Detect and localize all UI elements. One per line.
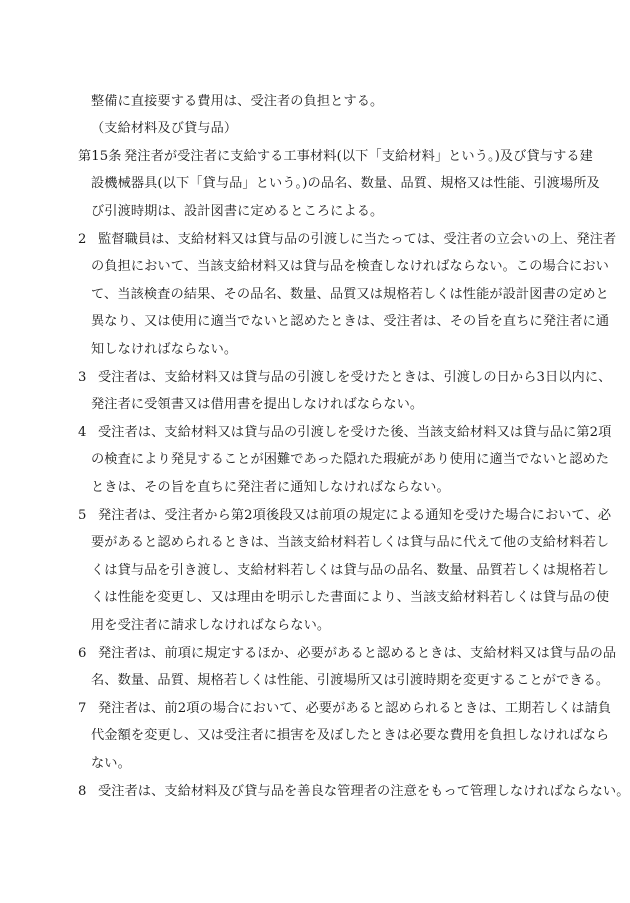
- paragraph-3: 3受注者は、支給材料又は貸与品の引渡しを受けたときは、引渡しの日から3日以内に、: [78, 370, 611, 386]
- text-line: 名、数量、品質、規格若しくは性能、引渡場所又は引渡時期を変更することができる。: [91, 673, 609, 689]
- text-line: 発注者に受領書又は借用書を提出しなければならない。: [91, 397, 423, 413]
- section-heading: （支給材料及び貸与品）: [91, 121, 237, 137]
- text-line: 異なり、又は使用に適当でないと認めたときは、受注者は、その旨を直ちに発注者に通: [91, 314, 609, 330]
- text-line: て、当該検査の結果、その品名、数量、品質又は規格若しくは性能が設計図書の定めと: [91, 287, 609, 303]
- paragraph-number: 4: [78, 425, 98, 441]
- article-15: 第15条発注者が受注者に支給する工事材料(以下「支給材料」という。)及び貸与する…: [78, 149, 593, 165]
- paragraph-8: 8受注者は、支給材料及び貸与品を善良な管理者の注意をもって管理しなければならない…: [78, 784, 630, 800]
- paragraph-4: 4受注者は、支給材料又は貸与品の引渡しを受けた後、当該支給材料又は貸与品に第2項: [78, 425, 611, 441]
- text-line: の検査により発見することが困難であった隠れた瑕疵があり使用に適当でないと認めた: [91, 452, 609, 468]
- paragraph-number: 8: [78, 784, 98, 800]
- paragraph-number: 2: [78, 232, 98, 248]
- text-line: 整備に直接要する費用は、受注者の負担とする。: [91, 94, 383, 110]
- paragraph-number: 5: [78, 508, 98, 524]
- paragraph-number: 7: [78, 701, 98, 717]
- paragraph-5: 5発注者は、受注者から第2項後段又は前項の規定による通知を受けた場合において、必: [78, 508, 611, 524]
- text-line: び引渡時期は、設計図書に定めるところによる。: [91, 204, 383, 220]
- paragraph-2: 2監督職員は、支給材料又は貸与品の引渡しに当たっては、受注者の立会いの上、発注者: [78, 232, 616, 248]
- text-line: 知しなければならない。: [91, 342, 237, 358]
- paragraph-7: 7発注者は、前2項の場合において、必要があると認められるときは、工期若しくは請負: [78, 701, 611, 717]
- text-line: 設機械器具(以下「貸与品」という。)の品名、数量、品質、規格又は性能、引渡場所及: [91, 176, 600, 192]
- text-line: 用を受注者に請求しなければならない。: [91, 618, 330, 634]
- text-line: くは性能を変更し、又は理由を明示した書面により、当該支給材料若しくは貸与品の使: [91, 590, 609, 606]
- paragraph-6: 6発注者は、前項に規定するほか、必要があると認めるときは、支給材料又は貸与品の品: [78, 646, 616, 662]
- document-page: 整備に直接要する費用は、受注者の負担とする。 （支給材料及び貸与品） 第15条発…: [0, 0, 630, 903]
- article-label: 第15条: [78, 149, 124, 165]
- text-line: 要があると認められるときは、当該支給材料若しくは貸与品に代えて他の支給材料若し: [91, 535, 609, 551]
- paragraph-number: 3: [78, 370, 98, 386]
- text-line: の負担において、当該支給材料又は貸与品を検査しなければならない。この場合におい: [91, 259, 609, 275]
- text-line: くは貸与品を引き渡し、支給材料若しくは貸与品の品名、数量、品質若しくは規格若し: [91, 563, 609, 579]
- text-line: ない。: [91, 756, 131, 772]
- text-line: ときは、その旨を直ちに発注者に通知しなければならない。: [91, 480, 450, 496]
- paragraph-number: 6: [78, 646, 98, 662]
- text-line: 代金額を変更し、又は受注者に損害を及ぼしたときは必要な費用を負担しなければなら: [91, 728, 609, 744]
